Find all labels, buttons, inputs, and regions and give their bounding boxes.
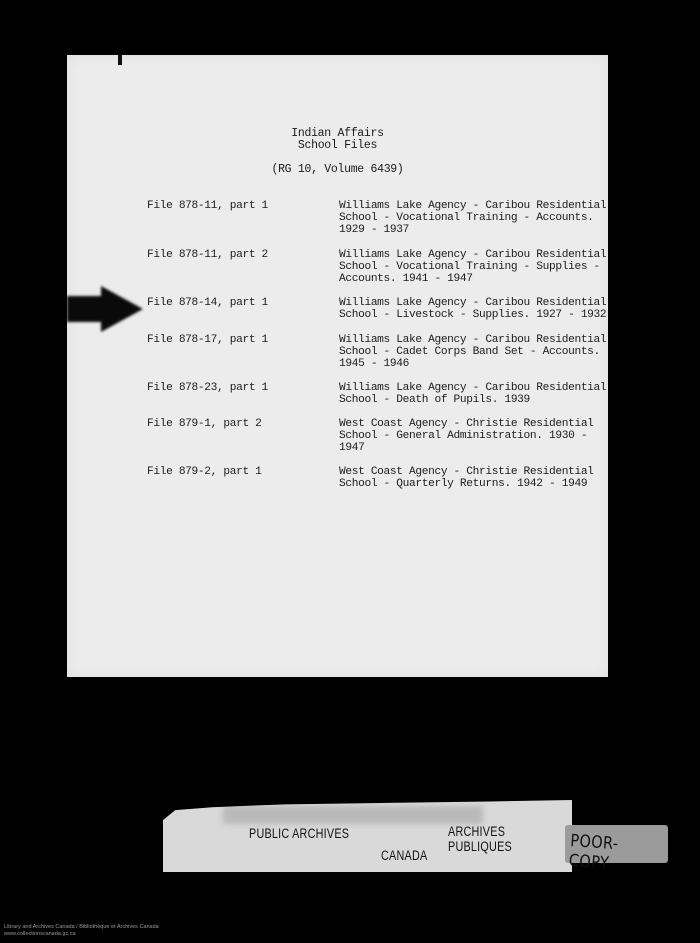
description-line: School - Vocational Training - Supplies …: [339, 261, 589, 273]
document-page: Indian Affairs School Files (RG 10, Volu…: [67, 55, 608, 677]
description-line: School - Livestock - Supplies. 1927 - 19…: [339, 309, 589, 321]
file-number: File 878-23, part 1: [147, 382, 268, 394]
description-line: School - Cadet Corps Band Set - Accounts…: [339, 346, 589, 358]
file-number: File 879-1, part 2: [147, 418, 262, 430]
description-line: Williams Lake Agency - Caribou Residenti…: [339, 382, 589, 394]
label-public-archives: PUBLIC ARCHIVES: [249, 826, 349, 841]
file-number: File 878-11, part 2: [147, 249, 268, 261]
paper-notch: [118, 55, 122, 65]
file-number: File 879-2, part 1: [147, 466, 262, 478]
description-line: Williams Lake Agency - Caribou Residenti…: [339, 334, 589, 346]
description-line: 1945 - 1946: [339, 358, 589, 370]
description-line: Williams Lake Agency - Caribou Residenti…: [339, 249, 589, 261]
file-number: File 878-17, part 1: [147, 334, 268, 346]
description-line: Williams Lake Agency - Caribou Residenti…: [339, 297, 589, 309]
label-archives-publiques: ARCHIVES PUBLIQUES: [448, 824, 547, 854]
file-number: File 878-11, part 1: [147, 200, 268, 212]
pointer-arrow-icon: [67, 286, 147, 332]
file-description: Williams Lake Agency - Caribou Residenti…: [339, 334, 589, 371]
description-line: School - Quarterly Returns. 1942 - 1949: [339, 478, 589, 490]
description-line: 1947: [339, 442, 589, 454]
description-line: School - Vocational Training - Accounts.: [339, 212, 589, 224]
archive-label-strip: PUBLIC ARCHIVES ARCHIVES PUBLIQUES CANAD…: [163, 800, 572, 872]
file-description: Williams Lake Agency - Caribou Residenti…: [339, 382, 589, 406]
file-description: West Coast Agency - Christie Residential…: [339, 466, 589, 490]
description-line: 1929 - 1937: [339, 224, 589, 236]
footer-credit: Library and Archives Canada / Bibliothèq…: [4, 924, 159, 937]
description-line: Accounts. 1941 - 1947: [339, 273, 589, 285]
description-line: West Coast Agency - Christie Residential: [339, 418, 589, 430]
strip-stain: [223, 806, 483, 824]
file-description: Williams Lake Agency - Caribou Residenti…: [339, 249, 589, 286]
footer-line-1: Library and Archives Canada / Bibliothèq…: [4, 924, 159, 931]
poor-copy-tag: POOR-COPY: [565, 825, 668, 863]
header-subtitle: School Files: [67, 139, 608, 152]
file-description: West Coast Agency - Christie Residential…: [339, 418, 589, 455]
file-number: File 878-14, part 1: [147, 297, 268, 309]
poor-copy-text: POOR-COPY: [568, 831, 653, 877]
description-line: School - General Administration. 1930 -: [339, 430, 589, 442]
footer-url[interactable]: www.collectionscanada.gc.ca: [4, 931, 159, 938]
description-line: West Coast Agency - Christie Residential: [339, 466, 589, 478]
file-description: Williams Lake Agency - Caribou Residenti…: [339, 297, 589, 321]
description-line: Williams Lake Agency - Caribou Residenti…: [339, 200, 589, 212]
header-reference: (RG 10, Volume 6439): [67, 163, 608, 176]
file-description: Williams Lake Agency - Caribou Residenti…: [339, 200, 589, 237]
label-canada: CANADA: [381, 848, 427, 863]
description-line: School - Death of Pupils. 1939: [339, 394, 589, 406]
